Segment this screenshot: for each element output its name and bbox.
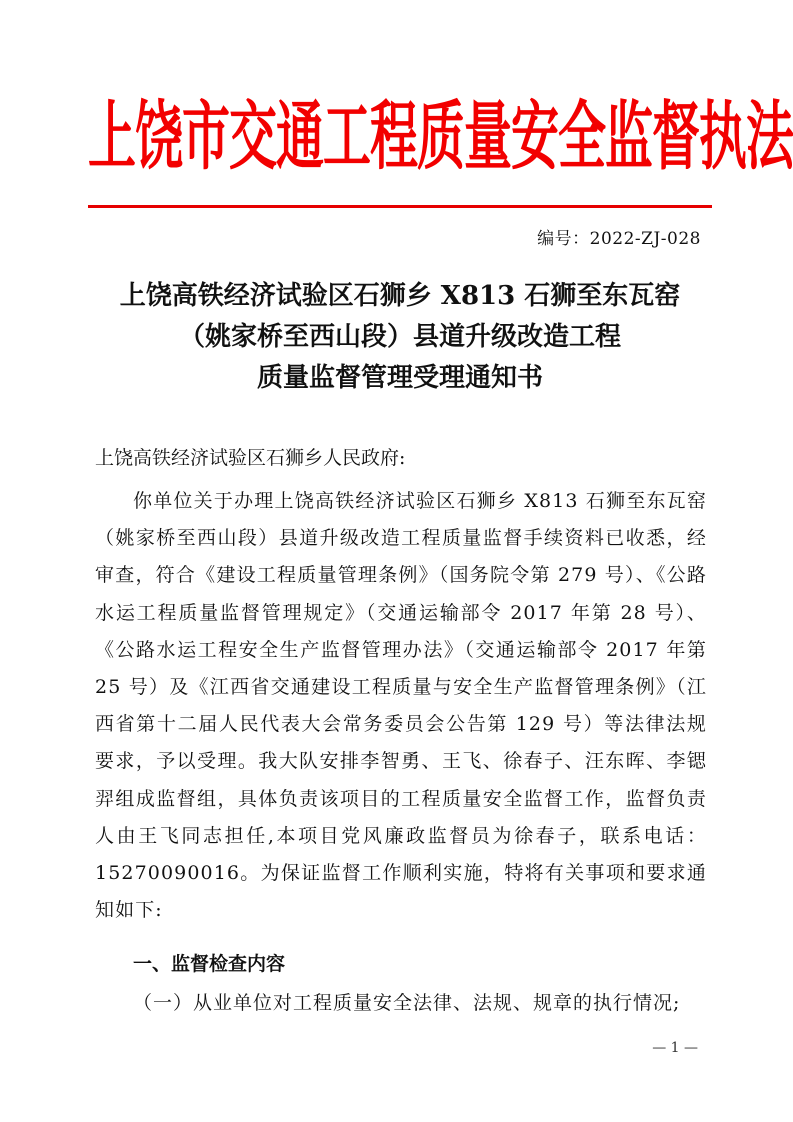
title-line-3: 质量监督管理受理通知书 (80, 358, 720, 399)
section-heading: 一、监督检查内容 (133, 946, 285, 982)
page-number: — 1 — (652, 1038, 698, 1058)
body-paragraph: 你单位关于办理上饶高铁经济试验区石狮乡 X813 石狮至东瓦窑（姚家桥至西山段）… (95, 483, 707, 929)
title-line-2: （姚家桥至西山段）县道升级改造工程 (80, 317, 720, 358)
section-item: （一）从业单位对工程质量安全法律、法规、规章的执行情况; (133, 985, 680, 1021)
title-line-1: 上饶高铁经济试验区石狮乡 X813 石狮至东瓦窑 (80, 276, 720, 317)
red-divider-rule (88, 205, 712, 208)
addressee: 上饶高铁经济试验区石狮乡人民政府: (95, 440, 707, 476)
document-title: 上饶高铁经济试验区石狮乡 X813 石狮至东瓦窑 （姚家桥至西山段）县道升级改造… (80, 276, 720, 399)
document-number: 编号：2022-ZJ-028 (537, 224, 701, 254)
masthead-title: 上饶市交通工程质量安全监督执法大队 (88, 52, 712, 223)
document-page: 上饶市交通工程质量安全监督执法大队 编号：2022-ZJ-028 上饶高铁经济试… (0, 0, 793, 1122)
